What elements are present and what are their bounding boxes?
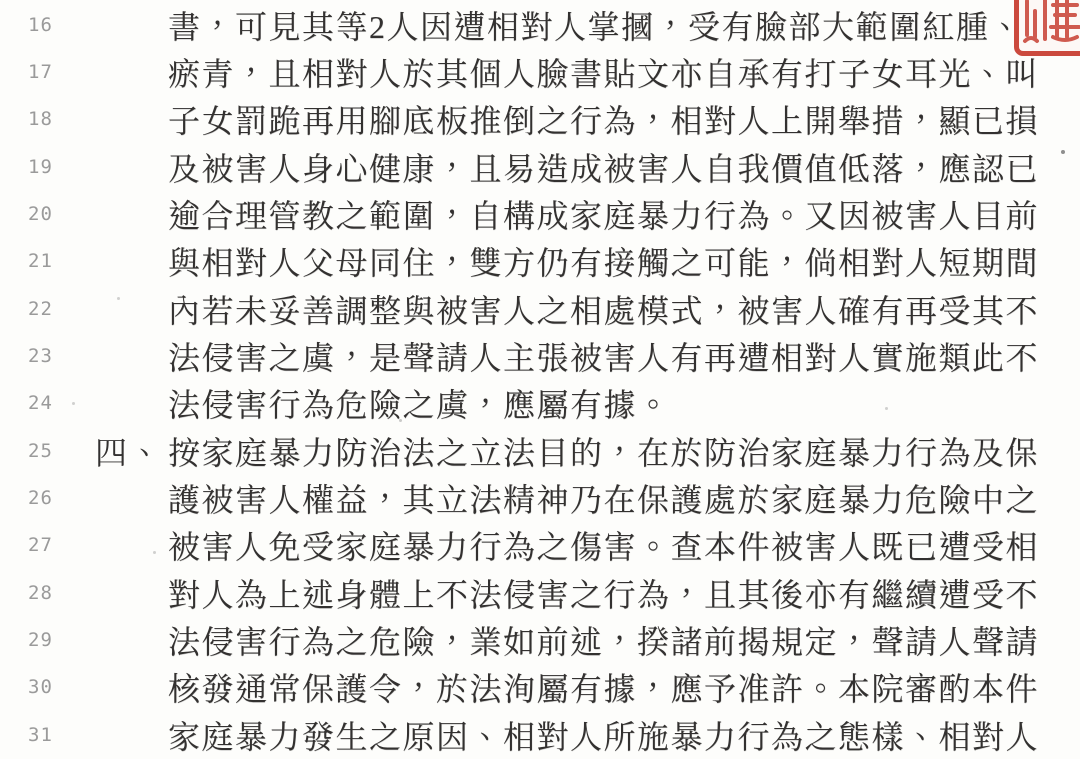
scanned-document-page: 16 書，可見其等2人因遭相對人掌摑，受有臉部大範圍紅腫、 17 瘀青，且相對人…	[0, 0, 1080, 759]
line-number: 16	[0, 14, 95, 36]
document-line: 23 法侵害之虞，是聲請人主張被害人有再遭相對人實施類此不	[0, 332, 1080, 379]
line-number: 25	[0, 440, 95, 462]
document-lines: 16 書，可見其等2人因遭相對人掌摑，受有臉部大範圍紅腫、 17 瘀青，且相對人…	[0, 1, 1080, 759]
document-line: 25 四、 按家庭暴力防治法之立法目的，在於防治家庭暴力行為及保	[0, 427, 1080, 474]
line-number: 30	[0, 676, 95, 698]
document-line: 29 法侵害行為之危險，業如前述，揆諸前揭規定，聲請人聲請	[0, 616, 1080, 663]
line-number: 20	[0, 203, 95, 225]
document-line: 27 被害人免受家庭暴力行為之傷害。查本件被害人既已遭受相	[0, 522, 1080, 569]
document-line: 30 核發通常保護令，於法洵屬有據，應予准許。本院審酌本件	[0, 664, 1080, 711]
line-text: 及被害人身心健康，且易造成被害人自我價值低落，應認已	[168, 144, 1039, 190]
line-text: 內若未妥善調整與被害人之相處模式，被害人確有再受其不	[168, 286, 1039, 332]
line-text: 法侵害行為之危險，業如前述，揆諸前揭規定，聲請人聲請	[168, 617, 1039, 663]
line-number: 31	[0, 724, 95, 746]
document-line: 19 及被害人身心健康，且易造成被害人自我價值低落，應認已	[0, 143, 1080, 190]
line-number: 23	[0, 345, 95, 367]
scan-speck	[399, 419, 402, 422]
line-text: 核發通常保護令，於法洵屬有據，應予准許。本院審酌本件	[168, 664, 1039, 710]
line-text: 對人為上述身體上不法侵害之行為，且其後亦有繼續遭受不	[168, 570, 1039, 616]
scan-speck	[117, 297, 120, 300]
line-number: 19	[0, 156, 95, 178]
line-text: 子女罰跪再用腳底板推倒之行為，相對人上開舉措，顯已損	[168, 96, 1039, 142]
scan-speck	[515, 394, 518, 397]
document-line: 31 家庭暴力發生之原因、相對人所施暴力行為之態樣、相對人	[0, 711, 1080, 758]
line-number: 26	[0, 487, 95, 509]
document-line: 20 逾合理管教之範圍，自構成家庭暴力行為。又因被害人目前	[0, 190, 1080, 237]
line-text: 逾合理管教之範圍，自構成家庭暴力行為。又因被害人目前	[168, 191, 1039, 237]
red-seal	[1014, 0, 1080, 56]
document-line: 17 瘀青，且相對人於其個人臉書貼文亦自承有打子女耳光、叫	[0, 48, 1080, 95]
scan-speck	[153, 551, 156, 554]
red-seal-glyphs	[1021, 0, 1080, 53]
document-line: 26 護被害人權益，其立法精神乃在保護處於家庭暴力危險中之	[0, 474, 1080, 521]
line-text: 法侵害行為危險之虞，應屬有據。	[168, 380, 671, 426]
line-number: 18	[0, 108, 95, 130]
line-number: 29	[0, 629, 95, 651]
document-line: 18 子女罰跪再用腳底板推倒之行為，相對人上開舉措，顯已損	[0, 96, 1080, 143]
line-text: 被害人免受家庭暴力行為之傷害。查本件被害人既已遭受相	[168, 522, 1039, 568]
line-text: 與相對人父母同住，雙方仍有接觸之可能，倘相對人短期間	[168, 238, 1039, 284]
line-text: 瘀青，且相對人於其個人臉書貼文亦自承有打子女耳光、叫	[168, 49, 1039, 95]
line-text: 法侵害之虞，是聲請人主張被害人有再遭相對人實施類此不	[168, 333, 1039, 379]
line-text: 書，可見其等2人因遭相對人掌摑，受有臉部大範圍紅腫、	[168, 2, 1023, 48]
line-number: 27	[0, 534, 95, 556]
line-number: 17	[0, 61, 95, 83]
line-text: 護被害人權益，其立法精神乃在保護處於家庭暴力危險中之	[168, 475, 1039, 521]
document-line: 16 書，可見其等2人因遭相對人掌摑，受有臉部大範圍紅腫、	[0, 1, 1080, 48]
scan-speck	[885, 407, 888, 410]
document-line: 22 內若未妥善調整與被害人之相處模式，被害人確有再受其不	[0, 285, 1080, 332]
line-number: 28	[0, 582, 95, 604]
item-marker: 四、	[95, 428, 168, 474]
document-line: 28 對人為上述身體上不法侵害之行為，且其後亦有繼續遭受不	[0, 569, 1080, 616]
line-text: 按家庭暴力防治法之立法目的，在於防治家庭暴力行為及保	[168, 428, 1039, 474]
line-text: 家庭暴力發生之原因、相對人所施暴力行為之態樣、相對人	[168, 712, 1039, 758]
line-number: 21	[0, 250, 95, 272]
line-number: 22	[0, 298, 95, 320]
scan-speck	[1061, 150, 1065, 154]
document-line: 24 法侵害行為危險之虞，應屬有據。	[0, 380, 1080, 427]
scan-speck	[72, 402, 75, 405]
document-line: 21 與相對人父母同住，雙方仍有接觸之可能，倘相對人短期間	[0, 238, 1080, 285]
line-number: 24	[0, 392, 95, 414]
